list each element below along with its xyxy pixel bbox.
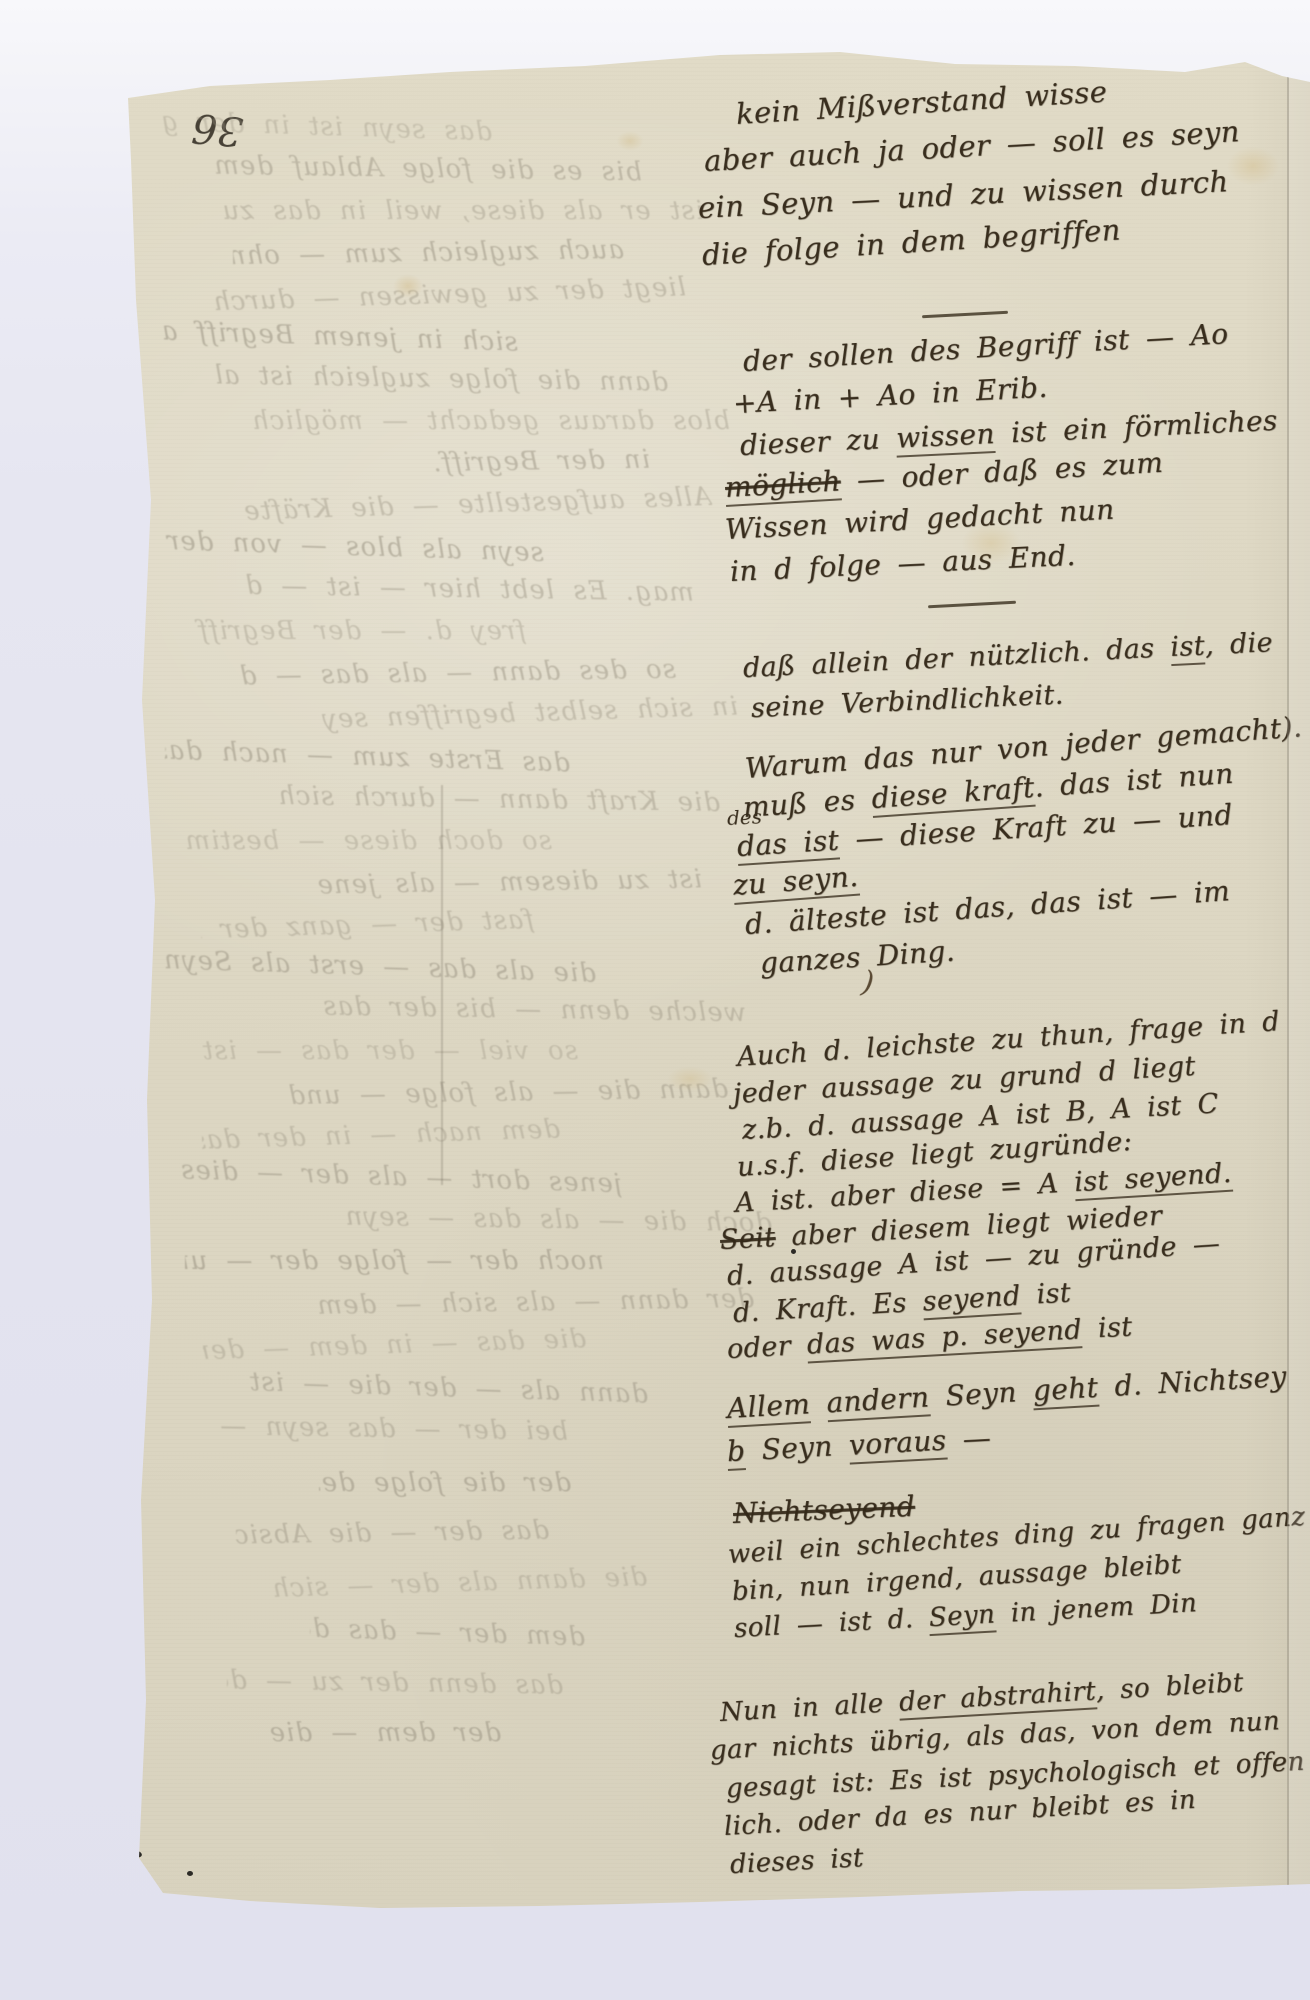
paper-speck xyxy=(132,1850,143,1859)
manuscript-line: zu seyn. xyxy=(732,860,860,902)
word-run: . das ist nun xyxy=(1033,757,1234,804)
bleedthrough-line: das Erste zum — nach das xyxy=(165,736,571,779)
vertical-crease-left xyxy=(441,785,443,1185)
word-run: dieser zu xyxy=(739,422,897,462)
word-run xyxy=(809,1386,827,1420)
bleedthrough-line: bis es die folge Ablauf dem sey xyxy=(215,151,642,188)
struck-word: Seit xyxy=(719,1221,776,1255)
bleedthrough-line: dem nach — in der das sich xyxy=(202,1114,561,1155)
manuscript-line: b Seyn voraus — xyxy=(726,1421,992,1468)
word-run: ist xyxy=(1081,1311,1133,1345)
manuscript-line: in d folge — aus End. xyxy=(729,539,1076,588)
ink-stain xyxy=(612,128,648,154)
word-run: , die xyxy=(1204,627,1273,661)
underlined-word: andern xyxy=(825,1380,930,1422)
bleedthrough-line: so viel — der das — ist das xyxy=(184,1036,578,1066)
paper-speck xyxy=(791,1249,796,1254)
manuscript-line: kein Mißverstand wisse xyxy=(735,74,1108,131)
manuscript-line: Allem andern Seyn geht d. Nichtsey xyxy=(726,1360,1287,1425)
word-run: Nun in alle xyxy=(719,1688,900,1728)
manuscript-line: der sollen des Begriff ist — Ao xyxy=(742,317,1229,378)
underlined-word: wissen xyxy=(895,417,995,458)
word-run: +A in + Ao in Erib. xyxy=(732,371,1048,420)
struck-word: Nichtseyend xyxy=(732,1490,915,1530)
underlined-word: ist xyxy=(1170,630,1206,666)
word-run: kein Mißverstand wisse xyxy=(735,74,1108,131)
bleedthrough-line: der dem — die das xyxy=(264,1718,501,1748)
bleedthrough-line: der dann — als sich — dem xyxy=(238,1284,754,1322)
bleedthrough-line: mag. Es lebt hier — ist — d xyxy=(217,570,694,607)
section-divider-dash xyxy=(922,311,1008,318)
bleedthrough-line: bei der — das seyn — als xyxy=(221,1411,568,1446)
word-run: , so bleibt xyxy=(1095,1668,1244,1706)
bleedthrough-line: doch die — als das — seyn xyxy=(220,1200,772,1239)
word-run: in d folge — aus End. xyxy=(729,539,1076,588)
underlined-word: das ist xyxy=(736,823,840,866)
manuscript-line: dieses ist xyxy=(729,1843,864,1880)
vertical-fold-right xyxy=(1287,62,1310,1888)
manuscript-line: Nichtseyend xyxy=(732,1490,915,1530)
word-run: Seyn xyxy=(744,1429,849,1467)
bleedthrough-line: sich in jenem Begriff als solche xyxy=(163,316,519,357)
underlined-word: zu seyn. xyxy=(732,860,860,905)
underlined-word: der abstrahirt xyxy=(898,1676,1097,1720)
word-run: soll — ist d. xyxy=(733,1603,930,1644)
underlined-word: Seyn xyxy=(928,1599,996,1636)
word-run: der sollen des Begriff ist — Ao xyxy=(742,317,1229,378)
word-run: d. Nichtsey xyxy=(1097,1360,1287,1404)
bleedthrough-line: blos daraus gedacht — möglich xyxy=(181,406,730,436)
underlined-word: geht xyxy=(1032,1371,1099,1411)
word-run: dieses ist xyxy=(729,1843,864,1880)
bleedthrough-line: die das — in dem — der zu xyxy=(203,1324,587,1366)
manuscript-line: +A in + Ao in Erib. xyxy=(732,371,1048,420)
bleedthrough-line: in der Begriff. xyxy=(234,445,650,482)
word-run: in jenem Din xyxy=(994,1588,1198,1629)
word-run: oder xyxy=(726,1330,808,1365)
bleedthrough-line: ist zu diesem — als jene xyxy=(236,864,702,901)
struck-word: möglich xyxy=(724,464,842,507)
bleedthrough-line: liegt der zu gewissen — durch s xyxy=(198,272,687,317)
word-run: d. Kraft. Es xyxy=(732,1286,924,1329)
bleedthrough-line: jenes dort — als der — dies xyxy=(167,1155,623,1199)
bleedthrough-line: die Kraft dann — durch sich xyxy=(218,780,720,818)
word-run: ganzes Ding. xyxy=(759,934,956,980)
section-divider-dash xyxy=(928,601,1016,608)
bleedthrough-line: in sich selbst begriffen sey xyxy=(200,692,739,739)
word-run: daß allein der nützlich. das xyxy=(742,632,1171,684)
bleedthrough-line: dem der — das denn zu xyxy=(310,1614,586,1653)
bleedthrough-line: dann die folge zugleich ist also xyxy=(216,360,668,397)
bleedthrough-line: welche denn — bis der das xyxy=(219,990,746,1028)
word-run: ist ein förmliches xyxy=(994,404,1278,450)
bleedthrough-line: frey d. — der Begriff — das xyxy=(182,616,526,646)
bleedthrough-line: das der — die Absicht denn xyxy=(236,1516,549,1551)
underlined-word: seyend xyxy=(922,1280,1022,1320)
word-run: ist xyxy=(1020,1277,1072,1311)
bleedthrough-line: dann die — als folge — und xyxy=(237,1074,728,1112)
word-run: seine Verbindlichkeit. xyxy=(750,679,1064,724)
manuscript-line: ganzes Ding. xyxy=(759,934,956,980)
underlined-word: Allem xyxy=(726,1387,811,1428)
interlinear-insertion: des xyxy=(726,804,762,830)
underlined-word: voraus xyxy=(848,1424,947,1465)
bleedthrough-line: fast der — ganz der Begriffe xyxy=(201,905,535,945)
word-run: — xyxy=(946,1421,992,1456)
paper-sheet: 36 das seyn ist in der gegebenenbis es d… xyxy=(0,0,1310,2000)
bleedthrough-line: so doch diese — bestimmt ist xyxy=(183,826,552,856)
bleedthrough-line: noch der — folge der — und xyxy=(185,1246,604,1276)
manuscript-line: seine Verbindlichkeit. xyxy=(750,679,1064,724)
bleedthrough-line: die dann als der — sich xyxy=(273,1562,648,1604)
underlined-word: b xyxy=(726,1434,746,1471)
bleedthrough-line: seyn als blos — von der gedacht xyxy=(164,526,545,568)
bleedthrough-line: so des dann — als das — d xyxy=(235,655,676,692)
paper-speck xyxy=(187,1871,193,1876)
bleedthrough-line: Alles aufgestellte — die Kräfte xyxy=(199,482,713,528)
bleedthrough-line: auch zugleich zum — ohne sich xyxy=(233,235,624,271)
scanned-manuscript-scene: 36 das seyn ist in der gegebenenbis es d… xyxy=(0,0,1310,2000)
word-run: Seyn xyxy=(928,1374,1034,1413)
bleedthrough-line: dann als — der die — ist xyxy=(168,1364,649,1409)
bleedthrough-line: der die folge des — dem xyxy=(319,1468,571,1498)
manuscript-line: daß allein der nützlich. das ist, die xyxy=(742,627,1273,684)
bleedthrough-line: das denn der zu — dem xyxy=(227,1665,563,1700)
underlined-word: ist seyend. xyxy=(1073,1158,1232,1202)
bleedthrough-line: die als das — erst als Seyn xyxy=(166,945,597,988)
underlined-word: diese kraft xyxy=(870,771,1035,818)
bleedthrough-line: ist er als diese, weil in das zu xyxy=(180,196,704,226)
